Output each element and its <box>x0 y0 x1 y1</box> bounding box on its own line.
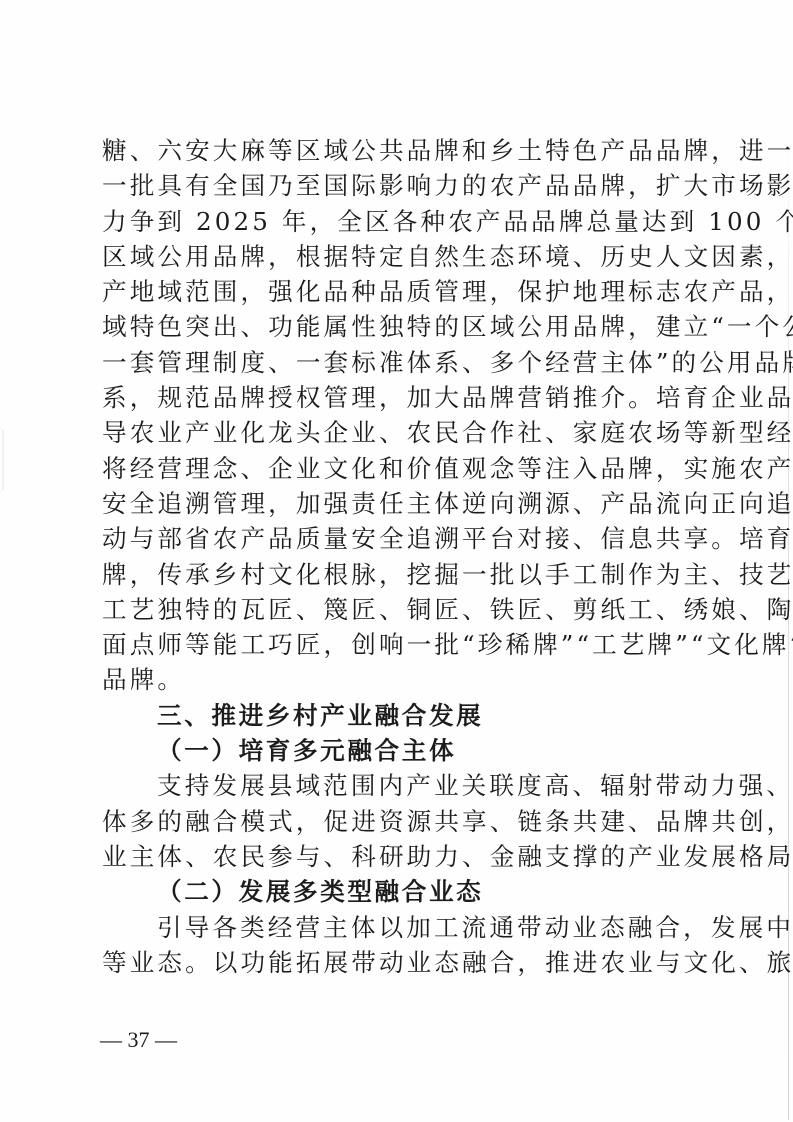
text-line: 产地域范围，强化品种品质管理，保护地理标志农产品，开发地 <box>102 274 686 309</box>
text-line: 工艺独特的瓦匠、篾匠、铜匠、铁匠、剪纸工、绣娘、陶艺师、 <box>102 592 686 627</box>
text-line: 动与部省农产品质量安全追溯平台对接、信息共享。培育产品品 <box>102 521 686 556</box>
document-body: 糖、六安大麻等区域公共品牌和乡土特色产品品牌，进一步创响 一批具有全国乃至国际影… <box>102 133 686 980</box>
text-line: 一套管理制度、一套标准体系、多个经营主体”的公用品牌管控体 <box>102 345 686 380</box>
page-number: — 37 — <box>100 1027 177 1053</box>
text-line: 一批具有全国乃至国际影响力的农产品品牌，扩大市场影响力， <box>102 168 686 203</box>
text-line: 体多的融合模式，促进资源共享、链条共建、品牌共创，形成企 <box>102 804 686 839</box>
section-heading: 三、推进乡村产业融合发展 <box>102 698 686 733</box>
subsection-heading: （二）发展多类型融合业态 <box>102 874 686 909</box>
text-line: 牌，传承乡村文化根脉，挖掘一批以手工制作为主、技艺精湛、 <box>102 557 686 592</box>
text-line: 面点师等能工巧匠，创响一批“珍稀牌”“工艺牌”“文化牌”的乡土 <box>102 627 686 662</box>
text-line: 安全追溯管理，加强责任主体逆向溯源、产品流向正向追踪，推 <box>102 486 686 521</box>
text-line: 系，规范品牌授权管理，加大品牌营销推介。培育企业品牌。引 <box>102 380 686 415</box>
paragraph-first-line: 支持发展县域范围内产业关联度高、辐射带动力强、参与主 <box>102 768 686 803</box>
text-line: 业主体、农民参与、科研助力、金融支撑的产业发展格局。 <box>102 839 686 874</box>
text-line: 等业态。以功能拓展带动业态融合，推进农业与文化、旅游、教 <box>102 945 686 980</box>
text-line: 域特色突出、功能属性独特的区域公用品牌，建立“一个公共品牌、 <box>102 309 686 344</box>
paragraph-first-line: 引导各类经营主体以加工流通带动业态融合，发展中央厨房 <box>102 910 686 945</box>
text-line: 品牌。 <box>102 662 686 697</box>
subsection-heading: （一）培育多元融合主体 <box>102 733 686 768</box>
text-line: 区域公用品牌，根据特定自然生态环境、历史人文因素，明确生 <box>102 239 686 274</box>
text-line: 导农业产业化龙头企业、农民合作社、家庭农场等新型经营主体 <box>102 415 686 450</box>
text-line: 将经营理念、企业文化和价值观念等注入品牌，实施农产品质量 <box>102 451 686 486</box>
scan-edge-artifact <box>2 430 4 490</box>
document-page: 糖、六安大麻等区域公共品牌和乡土特色产品品牌，进一步创响 一批具有全国乃至国际影… <box>0 0 793 1122</box>
text-line: 糖、六安大麻等区域公共品牌和乡土特色产品品牌，进一步创响 <box>102 133 686 168</box>
text-line: 力争到 2025 年，全区各种农产品品牌总量达到 100 个以上。培育 <box>102 204 686 239</box>
